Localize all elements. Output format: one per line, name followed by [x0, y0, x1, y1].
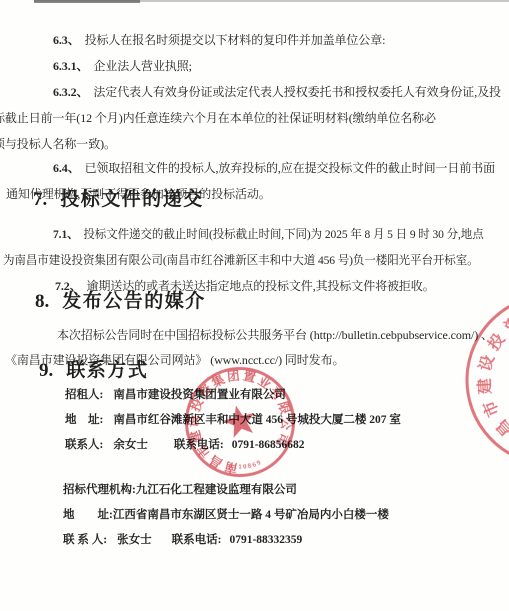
section-8-heading: 8.发布公告的媒介	[35, 286, 206, 313]
clause-6-3-1: 6.3.1、企业法人营业执照;	[53, 56, 192, 76]
agency-contact-row: 联 系 人:张女士联系电话:0791-88332359	[63, 531, 302, 547]
announcement-media-line-1: 本次招标公告同时在中国招标投标公共服务平台 (http://bulletin.c…	[57, 325, 493, 345]
clause-7-1: 7.1、投标文件递交的截止时间(投标截止时间,下同)为 2025 年 8 月 5…	[53, 224, 484, 244]
edge-seal-company-name: 南昌市建设投资集团置业有限公司	[465, 293, 509, 467]
company-seal-stamp: 南昌市建设投资集团置业有限公司 0110869	[170, 352, 311, 493]
clause-6-3-2: 6.3.2、法定代表人有效身份证或法定代表人授权委托书和授权委托人有效身份证,及…	[53, 82, 501, 102]
section-9-heading: 9.联系方式	[39, 355, 148, 382]
agency-name-row: 招标代理机构:九江石化工程建设监理有限公司	[63, 481, 297, 497]
section-7-heading: 7.投标文件的递交	[33, 184, 204, 211]
clause-6-3-2-cont-1: 标截止日前一年(12 个月)内任意连续六个月在本单位的社保证明材料(缴纳单位名称…	[0, 108, 436, 128]
clause-6-3: 6.3、投标人在报名时须提交以下材料的复印件并加盖单位公章:	[53, 30, 385, 50]
clause-7-1-cont: 为南昌市建设投资集团有限公司(南昌市红谷滩新区丰和中大道 456 号)负一楼阳光…	[3, 250, 479, 270]
seal-star-icon	[220, 402, 259, 440]
agency-address-row: 地 址:江西省南昌市东湖区贤士一路 4 号矿冶局内小白楼一楼	[63, 506, 389, 522]
edge-seal-stamp: 南昌市建设投资集团置业有限公司	[437, 265, 509, 495]
document-page: 6.3、投标人在报名时须提交以下材料的复印件并加盖单位公章: 6.3.1、企业法…	[0, 0, 509, 611]
clause-6-4: 6.4、已领取招租文件的投标人,放弃投标的,应在提交投标文件的截止时间一日前书面	[53, 158, 495, 178]
scan-edge-artifact-dark	[34, 0, 140, 3]
clause-6-3-2-cont-2: 须与投标人名称一致)。	[0, 134, 116, 154]
